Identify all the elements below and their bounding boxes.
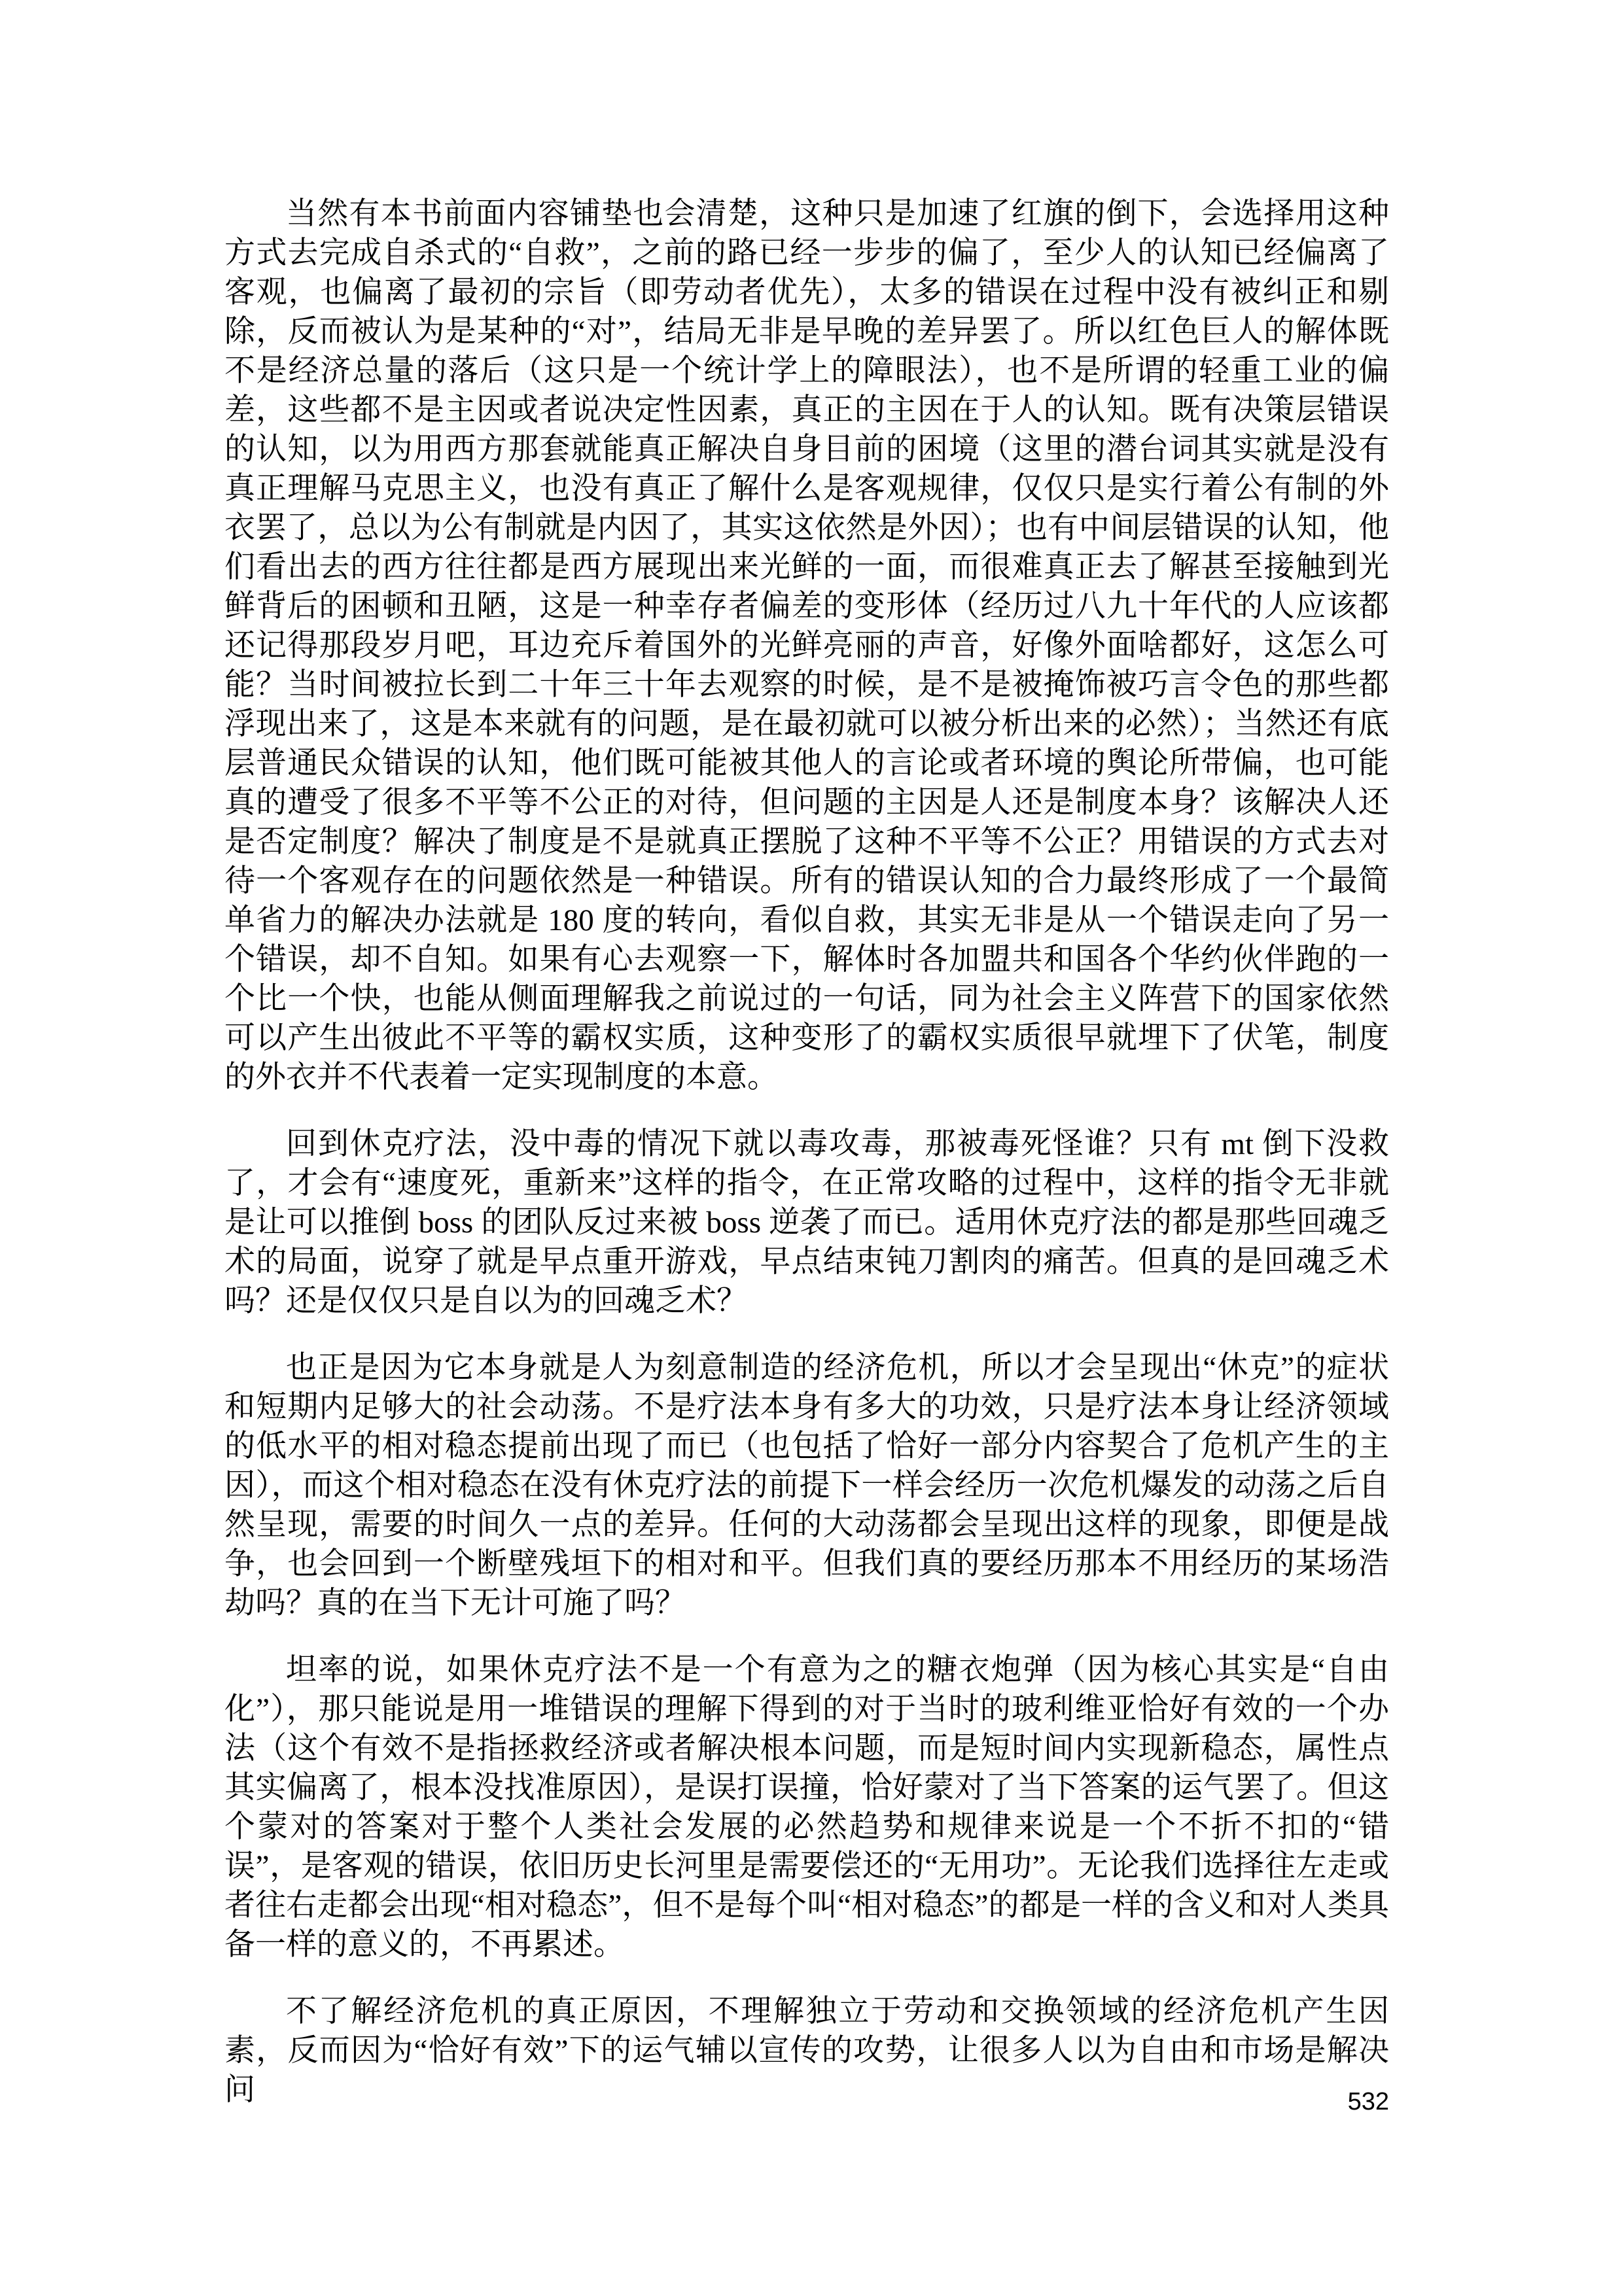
paragraph-2: 回到休克疗法，没中毒的情况下就以毒攻毒，那被毒死怪谁？只有 mt 倒下没救了，才… (224, 1124, 1389, 1321)
paragraph-4: 坦率的说，如果休克疗法不是一个有意为之的糖衣炮弹（因为核心其实是“自由化”），那… (224, 1650, 1389, 1964)
document-page: 当然有本书前面内容铺垫也会清楚，这种只是加速了红旗的倒下，会选择用这种方式去完成… (0, 0, 1624, 2296)
paragraph-1: 当然有本书前面内容铺垫也会清楚，这种只是加速了红旗的倒下，会选择用这种方式去完成… (224, 194, 1389, 1097)
paragraph-3: 也正是因为它本身就是人为刻意制造的经济危机，所以才会呈现出“休克”的症状和短期内… (224, 1348, 1389, 1623)
text-body: 当然有本书前面内容铺垫也会清楚，这种只是加速了红旗的倒下，会选择用这种方式去完成… (224, 194, 1389, 2110)
page-number: 532 (224, 2087, 1389, 2117)
